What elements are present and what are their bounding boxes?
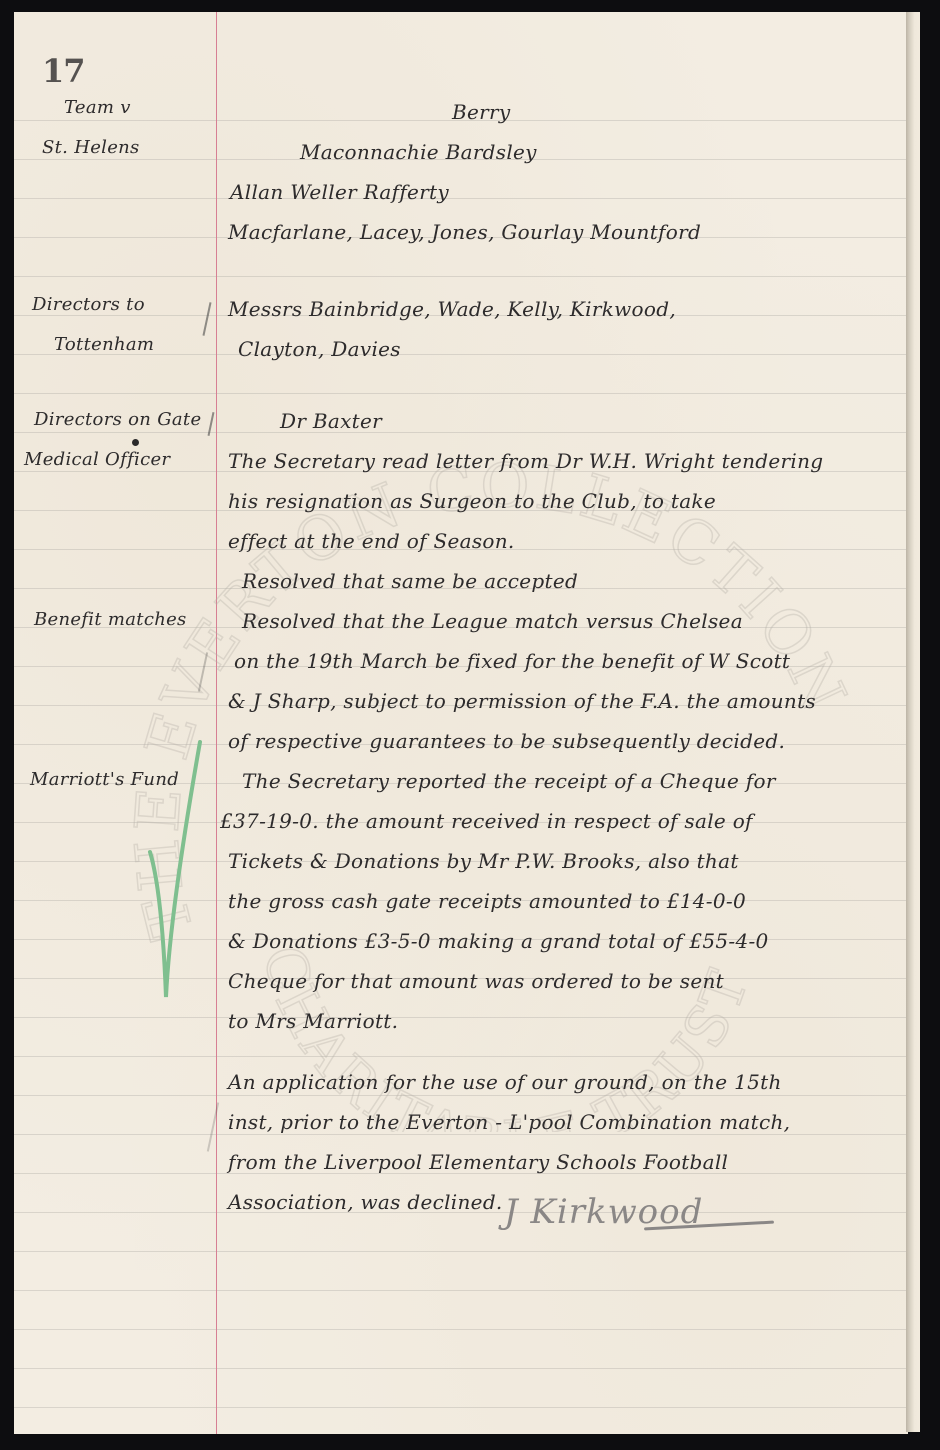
margin-note: Team v [64,97,131,118]
entry-line: his resignation as Surgeon to the Club, … [228,489,716,513]
entry-line: & Donations £3-5-0 making a grand total … [228,929,769,953]
page-number: 17 [42,52,85,90]
entry-line: £37-19-0. the amount received in respect… [220,809,753,833]
entry-line: The Secretary reported the receipt of a … [242,769,776,793]
green-check-mark-icon [144,732,204,1012]
margin-note: Benefit matches [34,609,187,630]
entry-line: on the 19th March be fixed for the benef… [234,649,790,673]
entry-line: to Mrs Marriott. [228,1009,398,1033]
entry-line: inst, prior to the Everton - L'pool Comb… [228,1110,790,1134]
entry-line: An application for the use of our ground… [228,1070,782,1094]
entry-line: Dr Baxter [280,409,382,433]
margin-line [216,12,217,1434]
team-line: Maconnachie Bardsley [300,140,537,164]
entry-line: Clayton, Davies [238,337,401,361]
entry-line: of respective guarantees to be subsequen… [228,729,785,753]
bracket-mark [198,652,208,692]
margin-note: Medical Officer [24,449,170,470]
entry-line: effect at the end of Season. [228,529,515,553]
margin-note: Directors on Gate [34,409,201,430]
margin-note: St. Helens [42,137,140,158]
page-edge [906,12,920,1432]
entry-line: from the Liverpool Elementary Schools Fo… [228,1150,728,1174]
entry-line: the gross cash gate receipts amounted to… [228,889,746,913]
margin-note: Directors to [32,294,145,315]
ink-blot [132,439,139,446]
team-line: Berry [452,100,510,124]
entry-line: & J Sharp, subject to permission of the … [228,689,816,713]
entry-line: Association, was declined. [228,1190,503,1214]
team-line: Allan Weller Rafferty [230,180,449,204]
entry-line: Resolved that the League match versus Ch… [242,609,743,633]
bracket-mark [207,1102,219,1151]
entry-line: Resolved that same be accepted [242,569,578,593]
entry-line: Tickets & Donations by Mr P.W. Brooks, a… [228,849,739,873]
team-line: Macfarlane, Lacey, Jones, Gourlay Mountf… [228,220,701,244]
margin-note: Tottenham [54,334,154,355]
entry-line: The Secretary read letter from Dr W.H. W… [228,449,823,473]
bracket-mark [202,302,211,336]
entry-line: Messrs Bainbridge, Wade, Kelly, Kirkwood… [228,297,676,321]
entry-line: Cheque for that amount was ordered to be… [228,969,724,993]
ledger-page: THE EVERTON COLLECTION CHARITABLE TRUST … [14,12,908,1434]
